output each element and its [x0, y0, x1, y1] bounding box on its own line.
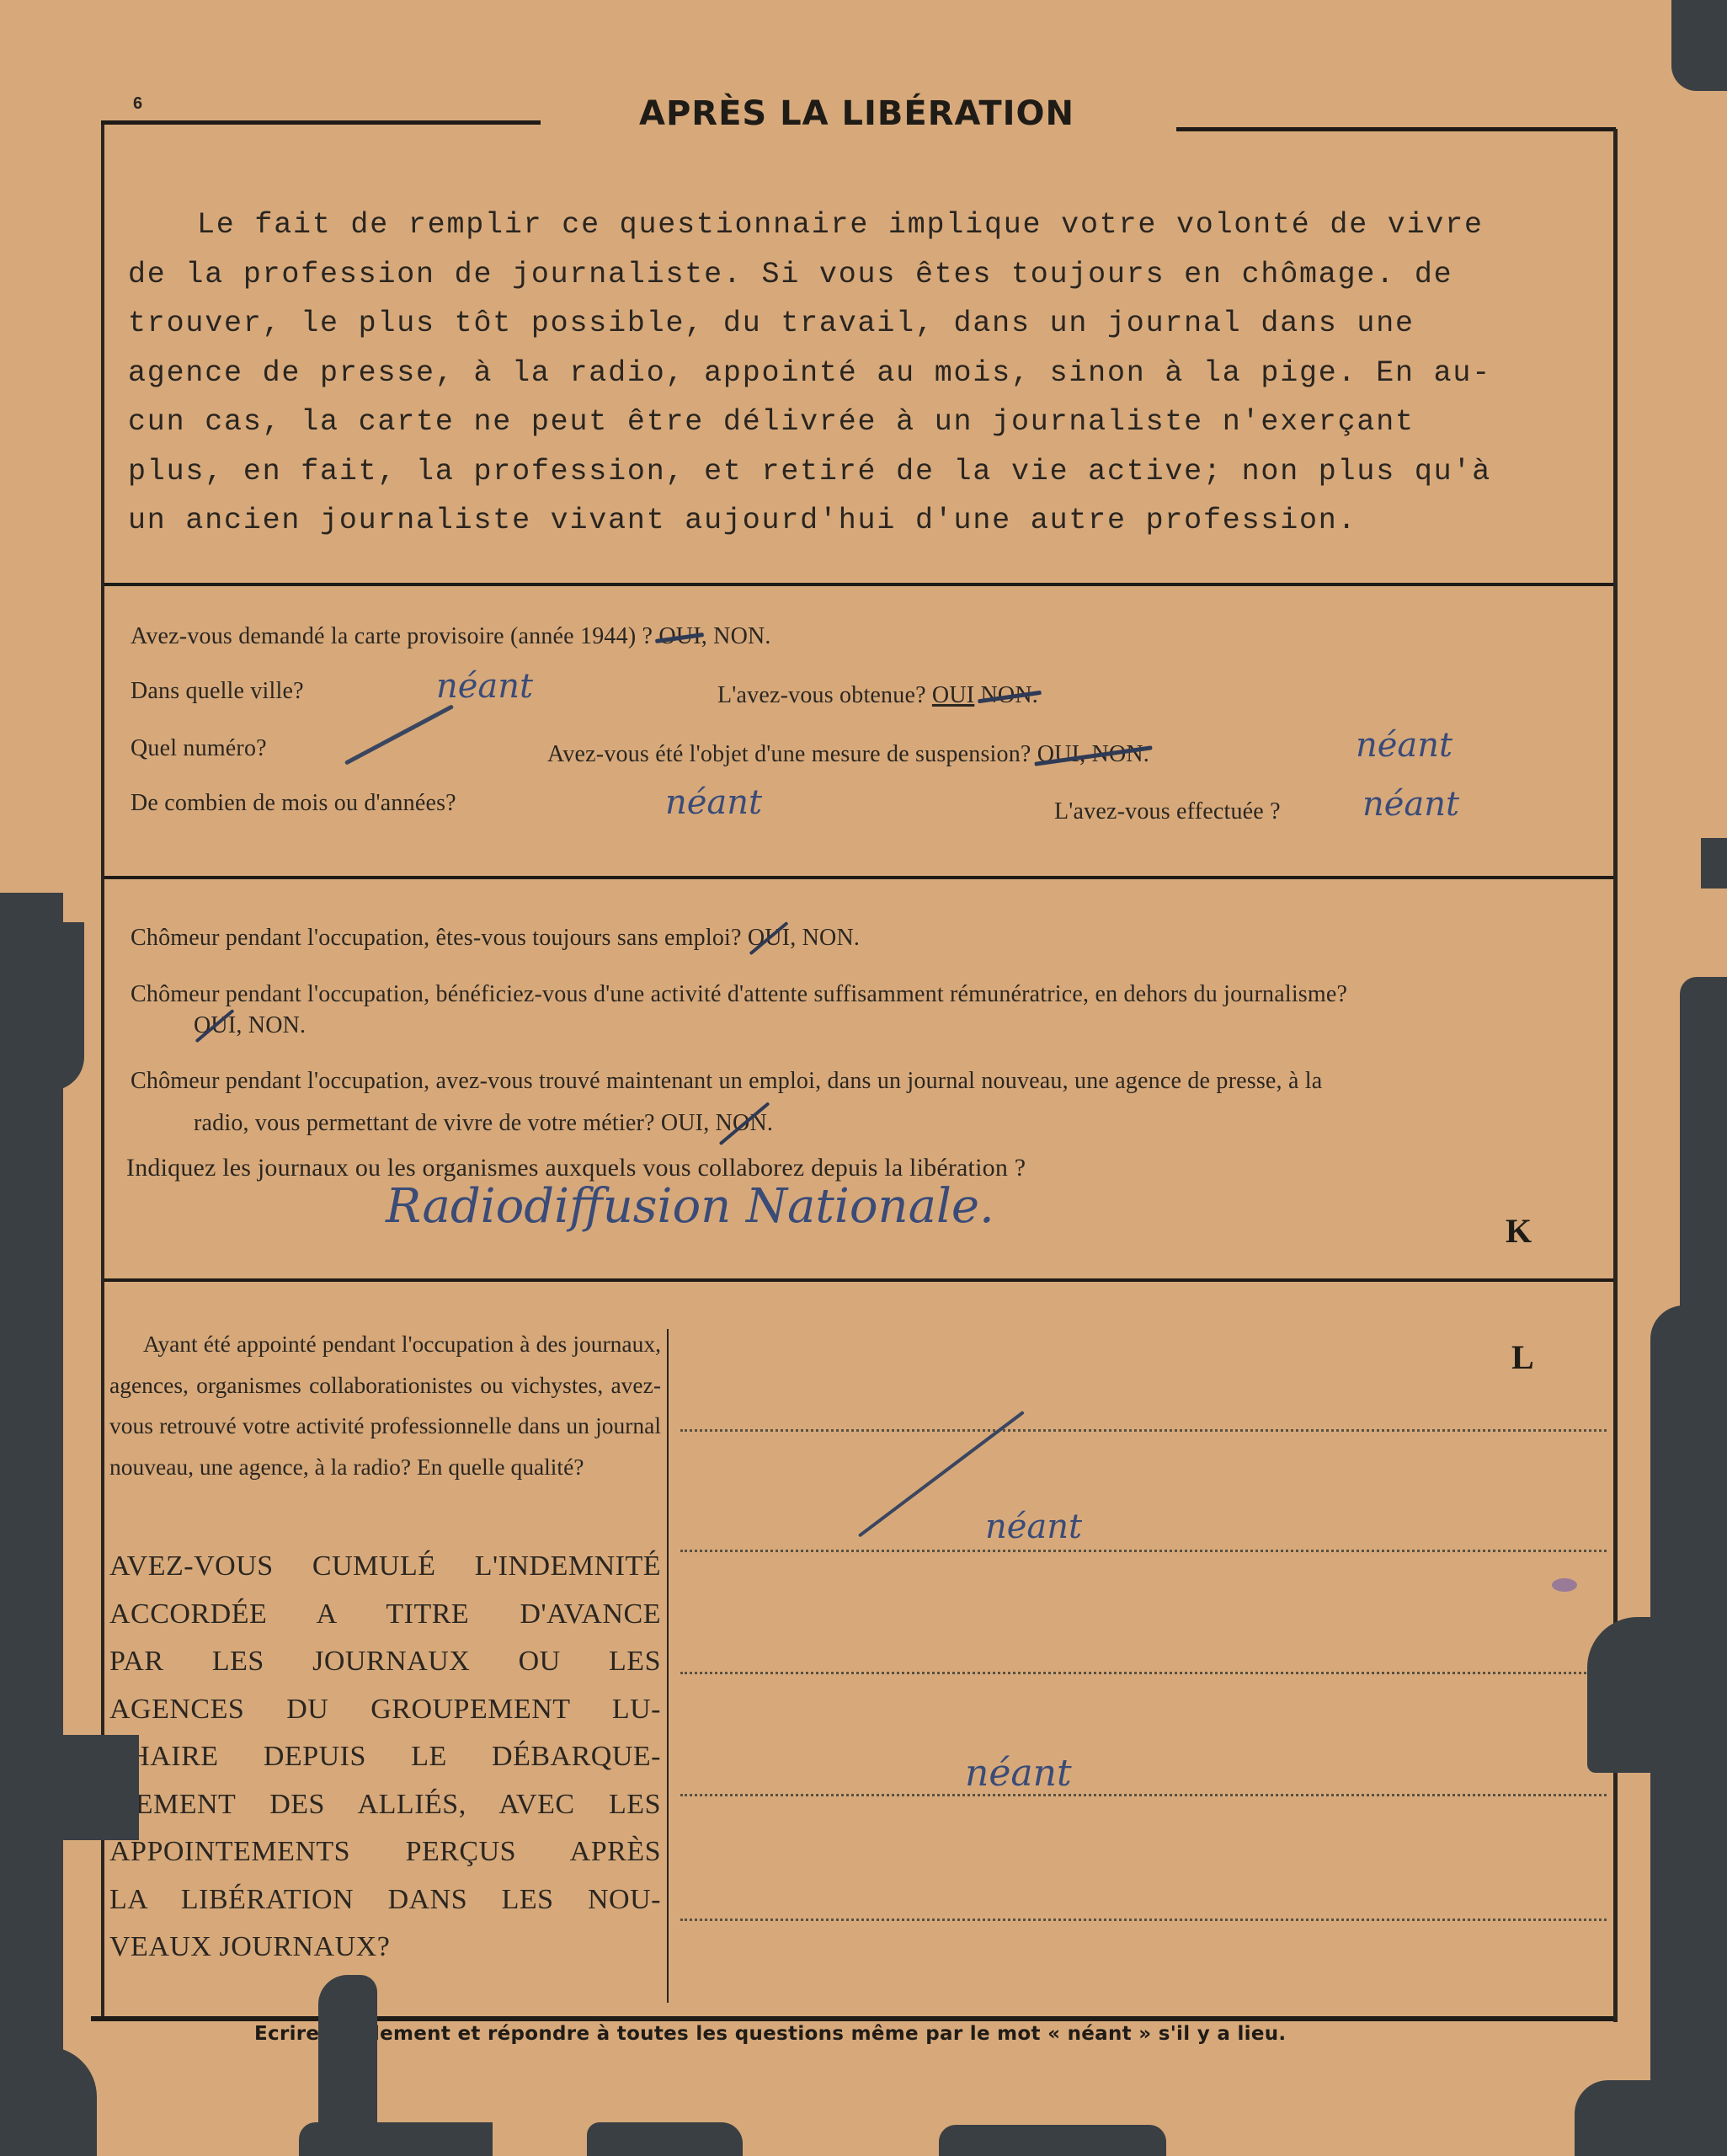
question-obtenue: L'avez-vous obtenue? OUI NON.	[717, 682, 1038, 709]
answer-cumul: néant	[965, 1752, 1072, 1795]
option-oui-struck: OUI	[658, 623, 701, 650]
question-label: Chômeur pendant l'occupation, êtes-vous …	[131, 925, 742, 951]
option-non: , NON.	[236, 1012, 306, 1038]
option-non: , NON.	[790, 925, 860, 951]
question-numero-label: Quel numéro?	[131, 735, 267, 762]
question-line: MEMENT DES ALLIÉS, AVEC LES	[109, 1781, 661, 1829]
question-line: VEAUX JOURNAUX?	[109, 1924, 661, 1972]
question-label: Indiquez les journaux ou les organismes …	[126, 1154, 1026, 1182]
section-divider	[104, 583, 1613, 586]
torn-bottom-1	[299, 2122, 493, 2156]
torn-edge-top-right	[1671, 0, 1727, 91]
question-line: ACCORDÉE A TITRE D'AVANCE	[109, 1591, 661, 1639]
question-suspension: Avez-vous été l'objet d'une mesure de su…	[547, 741, 1149, 768]
page-title-text: APRÈS LA LIBÉRATION	[639, 94, 1074, 133]
question-label: radio, vous permettant de vivre de votre…	[194, 1110, 655, 1136]
option-non-struck: NON.	[981, 682, 1038, 709]
question-carte-provisoire: Avez-vous demandé la carte provisoire (a…	[131, 623, 771, 650]
torn-edge-right-mid	[1587, 1617, 1727, 1773]
intro-line: cun cas, la carte ne peut être délivrée …	[128, 398, 1610, 447]
torn-edge-right-upper	[1701, 838, 1727, 889]
question-effectuee-label: L'avez-vous effectuée ?	[1054, 798, 1281, 825]
answer-duree: néant	[665, 783, 762, 822]
section-letter-k: K	[1506, 1211, 1532, 1251]
intro-line: plus, en fait, la profession, et retiré …	[128, 447, 1610, 497]
answer-appointe: néant	[985, 1508, 1082, 1546]
torn-edge-left-flap	[0, 1735, 139, 1840]
question-line: PAR LES JOURNAUX OU LES	[109, 1638, 661, 1686]
question-duree-label: De combien de mois ou d'années?	[131, 790, 456, 817]
question-nouvel-emploi: Chômeur pendant l'occupation, avez-vous …	[131, 1068, 1322, 1095]
header-rule-right	[1176, 127, 1616, 131]
answer-line	[680, 1429, 1607, 1432]
option-oui-struck: OUI	[748, 925, 790, 952]
question-ville-label: Dans quelle ville?	[131, 678, 304, 705]
option-oui: OUI,	[661, 1110, 710, 1136]
question-sans-emploi: Chômeur pendant l'occupation, êtes-vous …	[131, 925, 860, 952]
question-cumul-indemnite: AVEZ-VOUS CUMULÉ L'INDEMNITÉ ACCORDÉE A …	[109, 1543, 661, 1972]
question-label: L'avez-vous obtenue?	[717, 682, 926, 708]
question-line: AVEZ-VOUS CUMULÉ L'INDEMNITÉ	[109, 1543, 661, 1591]
answer-ville: néant	[436, 667, 533, 706]
option-text: OUI,	[1037, 741, 1086, 767]
option-oui-struck: OUI	[194, 1012, 236, 1039]
intro-line: Le fait de remplir ce questionnaire impl…	[128, 200, 1610, 250]
answer-journaux-collabores: Radiodiffusion Nationale.	[386, 1179, 994, 1234]
intro-line: agence de presse, à la radio, appointé a…	[128, 349, 1610, 398]
answer-line	[680, 1672, 1607, 1674]
intro-line: trouver, le plus tôt possible, du travai…	[128, 299, 1610, 349]
option-text: NON.	[1092, 741, 1149, 767]
section-divider	[104, 876, 1613, 879]
torn-edge-right-lower	[1680, 977, 1727, 1314]
answer-line	[680, 1550, 1607, 1552]
answer-effectuee: néant	[1362, 785, 1459, 824]
answer-numero-slash	[344, 704, 454, 765]
question-label: Chômeur pendant l'occupation, avez-vous …	[131, 1068, 1322, 1094]
question-activite-attente-options: OUI, NON.	[194, 1012, 306, 1039]
option-text: OUI	[658, 623, 701, 649]
torn-bottom-right	[1575, 2080, 1727, 2156]
question-line: LA LIBÉRATION DANS LES NOU-	[109, 1876, 661, 1924]
option-oui-non-struck: OUI, NON.	[1037, 741, 1149, 768]
option-text: NON.	[716, 1110, 773, 1136]
question-line: AGENCES DU GROUPEMENT LU-	[109, 1686, 661, 1734]
section-divider	[104, 1278, 1613, 1282]
answer-suspension: néant	[1356, 726, 1452, 765]
question-label: Avez-vous demandé la carte provisoire (a…	[131, 623, 653, 649]
answer-line	[680, 1794, 1607, 1796]
torn-bottom-3	[939, 2125, 1166, 2156]
intro-line: de la profession de journaliste. Si vous…	[128, 250, 1610, 300]
intro-paragraph: Le fait de remplir ce questionnaire impl…	[128, 200, 1610, 546]
intro-line: un ancien journaliste vivant aujourd'hui…	[128, 496, 1610, 546]
torn-edge-right-lower2	[1650, 1305, 1727, 1625]
document-page: 6 APRÈS LA LIBÉRATION Le fait de remplir…	[0, 0, 1727, 2156]
option-non-struck: NON.	[716, 1110, 773, 1137]
ink-stain	[1552, 1578, 1577, 1592]
option-text: OUI	[194, 1012, 236, 1038]
question-nouvel-emploi-line2: radio, vous permettant de vivre de votre…	[194, 1110, 773, 1137]
question-activite-attente: Chômeur pendant l'occupation, bénéficiez…	[131, 981, 1347, 1008]
question-journaux-collabores: Indiquez les journaux ou les organismes …	[126, 1154, 1026, 1182]
answer-line	[680, 1919, 1607, 1921]
question-label: Chômeur pendant l'occupation, bénéficiez…	[131, 981, 1347, 1007]
option-non: NON.	[713, 623, 770, 649]
footer-instruction: Ecrire lisiblement et répondre à toutes …	[254, 2023, 1286, 2045]
column-divider	[667, 1329, 669, 2003]
question-line: APPOINTEMENTS PERÇUS APRÈS	[109, 1828, 661, 1876]
question-line: CHAIRE DEPUIS LE DÉBARQUE-	[109, 1733, 661, 1781]
question-text: Ayant été appointé pendant l'occupation …	[109, 1331, 661, 1480]
torn-bottom-2	[587, 2122, 743, 2156]
torn-edge-left-bottom	[0, 2047, 97, 2156]
section-letter-l: L	[1511, 1337, 1534, 1377]
option-oui: OUI	[932, 682, 974, 708]
question-appointe-occupation: Ayant été appointé pendant l'occupation …	[109, 1324, 661, 1487]
option-text: NON.	[981, 682, 1038, 708]
option-text: OUI	[748, 925, 790, 951]
question-label: Avez-vous été l'objet d'une mesure de su…	[547, 741, 1031, 767]
torn-edge-left-notch	[0, 922, 84, 1091]
torn-edge-left-mid	[0, 1449, 42, 1743]
